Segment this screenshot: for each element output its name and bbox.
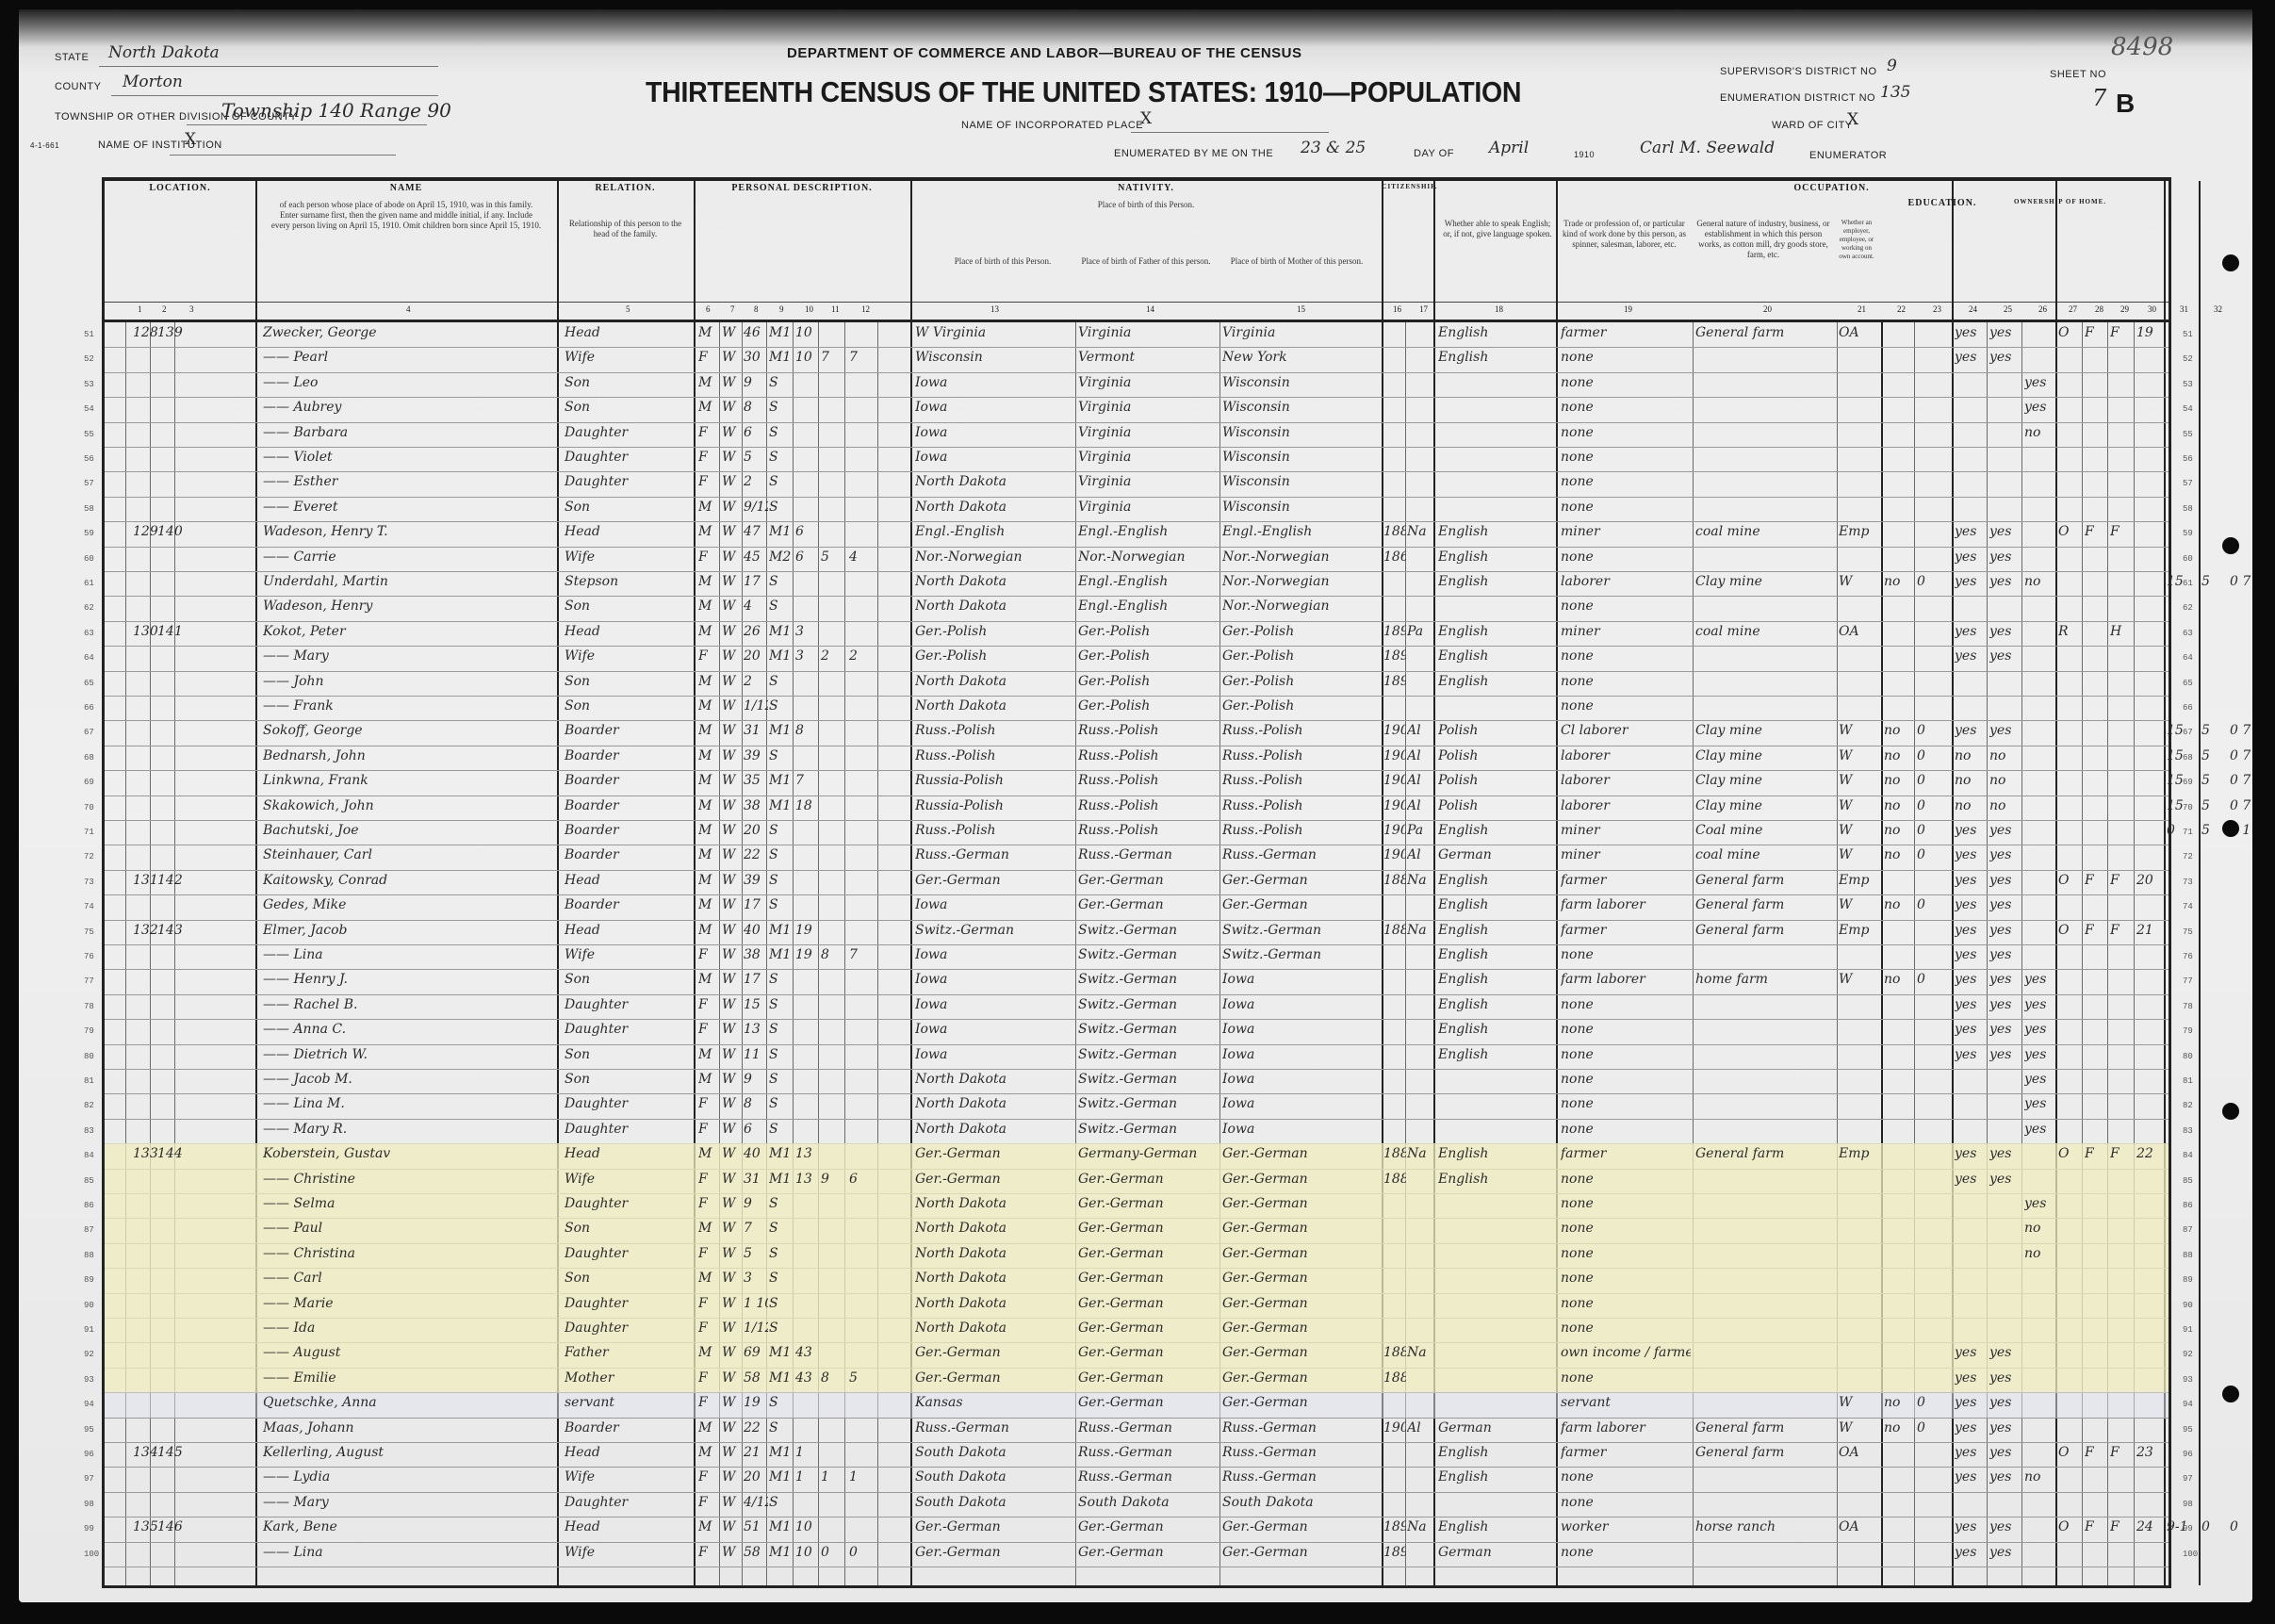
cell-bp: Iowa [915,1047,1073,1062]
cell-age: 8 [744,400,768,415]
cell-wr: no [1989,798,2020,813]
cell-bpm: Russ.-Polish [1222,748,1379,763]
line-number-right: 73 [2183,878,2193,887]
cell-relation: Boarder [565,1420,687,1435]
cell-relation: Wife [565,648,687,664]
cell-name: Linkwna, Frank [263,773,550,788]
cell-ow: no [1884,574,1912,589]
cell-name: —— Lina [263,947,550,962]
cell-emp: W [1839,773,1878,788]
department-heading: DEPARTMENT OF COMMERCE AND LABOR—BUREAU … [787,45,1302,61]
cell-trade: laborer [1561,748,1691,763]
cell-trade: none [1561,350,1691,365]
trade-header: Trade or profession of, or particular ki… [1561,219,1688,285]
cell-bp: South Dakota [915,1469,1073,1485]
cell-ow: no [1884,972,1912,987]
cell-relation: Son [565,1072,687,1087]
cell-own: O [2058,524,2081,539]
cell-emp: Emp [1839,524,1878,539]
cell-race: W [722,624,741,639]
cell-marital: M1 [769,723,794,738]
cell-trade: none [1561,425,1691,440]
cell-age: 11 [744,1047,768,1062]
cell-own: O [2058,1519,2081,1534]
cell-imm: 1902 [1383,748,1406,763]
line-number-left: 81 [84,1076,94,1086]
line-number-right: 61 [2183,579,2193,588]
cell-race: W [722,1395,741,1410]
column-number: 29 [2120,304,2129,314]
cell-bp: North Dakota [915,698,1073,714]
cell-bpf: Ger.-German [1078,1271,1218,1286]
cell-age: 38 [744,947,768,962]
cell-age: 4 [744,599,768,614]
cell-relation: Son [565,1271,687,1286]
cell-rd: no [1955,798,1985,813]
cell-c31: 5 [2201,798,2230,813]
cell-bpm: Wisconsin [1222,375,1379,390]
cell-age: 26 [744,624,768,639]
cell-family: 141 [157,624,184,639]
cell-sex: M [698,798,719,813]
cell-sex: F [698,1321,719,1336]
cell-bpm: Nor.-Norwegian [1222,599,1379,614]
cell-name: Zwecker, George [263,325,550,340]
table-row: Quetschke, AnnaservantFW19SKansasGer.-Ge… [105,1392,2169,1418]
cell-bpf: Switz.-German [1078,1022,1218,1037]
column-number: 31 [2180,304,2188,314]
cell-relation: Head [565,873,687,888]
group-personal: PERSONAL DESCRIPTION. [694,183,910,193]
cell-rd: yes [1955,873,1985,888]
cell-relation: Daughter [565,450,687,465]
line-number-left: 68 [84,753,94,763]
cell-mort: F [2085,325,2105,340]
cell-age: 1 10/12 [744,1296,768,1311]
cell-wk: 0 [1917,847,1949,862]
line-number-right: 57 [2183,479,2193,488]
cell-bpf: Switz.-German [1078,1122,1218,1137]
cell-imm: 1890 [1383,674,1406,689]
cell-farm: F [2110,923,2131,938]
cell-bp: North Dakota [915,474,1073,489]
cell-race: W [722,923,741,938]
cell-age: 40 [744,1146,768,1161]
cell-rd: yes [1955,1395,1985,1410]
cell-marital: M1 [769,1146,794,1161]
cell-marital: S [769,674,794,689]
cell-imm: 1896 [1383,1519,1406,1534]
cell-relation: Boarder [565,823,687,838]
line-number-right: 89 [2183,1275,2193,1285]
line-number-left: 54 [84,404,94,414]
line-number-right: 53 [2183,380,2193,389]
supervisor-label: Supervisor's District No [1720,66,1877,77]
cell-relation: Son [565,972,687,987]
cell-marital: S [769,450,794,465]
cell-relation: Daughter [565,1321,687,1336]
cell-rd: yes [1955,1519,1985,1534]
line-number-right: 66 [2183,703,2193,713]
cell-rd: yes [1955,550,1985,565]
supervisor-value: 9 [1887,57,1897,75]
cell-sex: F [698,1246,719,1261]
column-number: 22 [1897,304,1906,314]
line-number-left: 74 [84,902,94,911]
cell-race: W [722,1345,741,1360]
line-number-left: 67 [84,728,94,737]
cell-name: Wadeson, Henry T. [263,524,550,539]
table-row: Linkwna, FrankBoarderMW35M17Russia-Polis… [105,770,2169,796]
cell-bpf: Switz.-German [1078,1096,1218,1111]
line-number-left: 84 [84,1151,94,1160]
table-row: —— Mary R.DaughterFW6SNorth DakotaSwitz.… [105,1119,2169,1144]
cell-trade: farmer [1561,923,1691,938]
line-number-left: 65 [84,679,94,688]
cell-age: 58 [744,1545,768,1560]
cell-race: W [722,897,741,912]
cell-bpm: Wisconsin [1222,500,1379,515]
cell-industry: Coal mine [1695,823,1835,838]
cell-sched: 23 [2136,1445,2163,1460]
cell-marital: M1 [769,798,794,813]
cell-lang: English [1438,674,1553,689]
cell-imm: 1904 [1383,723,1406,738]
line-number-left: 86 [84,1201,94,1210]
cell-trade: none [1561,1172,1691,1187]
line-number-right: 64 [2183,653,2193,663]
cell-bpf: Nor.-Norwegian [1078,550,1218,565]
cell-bpm: Ger.-German [1222,1271,1379,1286]
cell-imm: 1880 [1383,524,1406,539]
column-number: 4 [406,304,411,314]
cell-rd: yes [1955,997,1985,1012]
cell-bp: North Dakota [915,1196,1073,1211]
cell-bpm: Ger.-German [1222,1172,1379,1187]
cell-ow: no [1884,748,1912,763]
cell-name: —— Mary R. [263,1122,550,1137]
line-number-right: 55 [2183,430,2193,439]
relation-column-description: Relationship of this person to the head … [562,219,689,275]
cell-trade: none [1561,1072,1691,1087]
line-number-right: 97 [2183,1474,2193,1484]
cell-relation: Daughter [565,425,687,440]
cell-name: —— Ida [263,1321,550,1336]
cell-marital: M1 [769,1445,794,1460]
line-number-right: 88 [2183,1251,2193,1260]
line-number-left: 89 [84,1275,94,1285]
cell-name: —— Lina M. [263,1096,550,1111]
cell-age: 39 [744,873,768,888]
cell-age: 21 [744,1445,768,1460]
cell-age: 2 [744,474,768,489]
cell-industry: General farm [1695,325,1835,340]
cell-relation: Daughter [565,474,687,489]
cell-family: 140 [157,524,184,539]
cell-marital: M1 [769,1370,794,1386]
cell-race: W [722,500,741,515]
cell-c31: 5 [2201,773,2230,788]
cell-relation: Head [565,1445,687,1460]
cell-bpm: Ger.-German [1222,1196,1379,1211]
cell-sch: yes [2024,1122,2054,1137]
birthplace-instructions: Place of birth of this Person. [925,200,1367,228]
cell-sex: M [698,873,719,888]
cell-sex: M [698,1420,719,1435]
cell-age: 1/12 [744,1321,768,1336]
cell-trade: miner [1561,524,1691,539]
cell-bp: North Dakota [915,674,1073,689]
cell-industry: horse ranch [1695,1519,1835,1534]
cell-relation: Wife [565,947,687,962]
cell-wr: yes [1989,873,2020,888]
cell-sch: yes [2024,1047,2054,1062]
line-number-right: 70 [2183,803,2193,812]
cell-marital: S [769,1096,794,1111]
cell-bpm: Iowa [1222,1022,1379,1037]
cell-lang: English [1438,1469,1553,1485]
cell-name: Underdahl, Martin [263,574,550,589]
cell-race: W [722,524,741,539]
cell-age: 20 [744,823,768,838]
cell-bp: Iowa [915,400,1073,415]
cell-bp: Iowa [915,972,1073,987]
cell-bp: North Dakota [915,1246,1073,1261]
line-number-left: 66 [84,703,94,713]
cell-cit: Na [1407,524,1432,539]
cell-bpm: Virginia [1222,325,1379,340]
cell-bp: Ger.-German [915,873,1073,888]
table-row: 135146Kark, BeneHeadMW51M110Ger.-GermanG… [105,1517,2169,1542]
sheet-letter: B [2116,89,2135,119]
cell-bpf: Vermont [1078,350,1218,365]
cell-bpm: Russ.-German [1222,1445,1379,1460]
cell-lang: English [1438,1172,1553,1187]
cell-dwelling: 132 [133,923,159,938]
cell-ym: 10 [795,325,818,340]
cell-trade: none [1561,1122,1691,1137]
cell-lang: Polish [1438,748,1553,763]
cell-sex: M [698,1445,719,1460]
cell-bp: South Dakota [915,1495,1073,1510]
cell-emp: W [1839,798,1878,813]
cell-sex: F [698,997,719,1012]
cell-farm: H [2110,624,2131,639]
cell-farm: F [2110,873,2131,888]
cell-bp: North Dakota [915,1271,1073,1286]
cell-wk: 0 [1917,972,1949,987]
cell-sched: 21 [2136,923,2163,938]
cell-name: —— Frank [263,698,550,714]
line-number-left: 52 [84,354,94,364]
line-number-left: 59 [84,529,94,538]
cell-bpm: Russ.-Polish [1222,798,1379,813]
cell-sex: F [698,450,719,465]
line-number-left: 60 [84,554,94,564]
cell-race: W [722,674,741,689]
cell-lang: English [1438,325,1553,340]
cell-lang: English [1438,823,1553,838]
cell-marital: M1 [769,1519,794,1534]
line-number-left: 78 [84,1002,94,1011]
cell-bp: Russ.-Polish [915,748,1073,763]
table-row: Bednarsh, JohnBoarderMW39SRuss.-PolishRu… [105,746,2169,771]
cell-bpf: Russ.-German [1078,1445,1218,1460]
line-number-right: 86 [2183,1201,2193,1210]
cell-sched: 22 [2136,1146,2163,1161]
cell-sex: F [698,1172,719,1187]
line-number-right: 83 [2183,1126,2193,1136]
cell-relation: Son [565,674,687,689]
cell-bpf: Switz.-German [1078,1072,1218,1087]
cell-wr: yes [1989,1172,2020,1187]
cell-ow: no [1884,1420,1912,1435]
line-number-right: 100 [2183,1550,2198,1559]
cell-bpm: Ger.-Polish [1222,624,1379,639]
cell-lang: English [1438,1519,1553,1534]
cell-sex: M [698,698,719,714]
cell-relation: Wife [565,550,687,565]
cell-bpm: Iowa [1222,997,1379,1012]
line-number-left: 82 [84,1101,94,1110]
cell-race: W [722,1296,741,1311]
cell-imm: 1907 [1383,847,1406,862]
cell-name: Kokot, Peter [263,624,550,639]
cell-imm: 1883 [1383,1172,1406,1187]
cell-name: Steinhauer, Carl [263,847,550,862]
cell-living: 1 [849,1469,876,1485]
cell-wk: 0 [1917,574,1949,589]
cell-marital: S [769,599,794,614]
cell-dwelling: 134 [133,1445,159,1460]
binder-hole [2222,1103,2239,1120]
line-number-right: 77 [2183,976,2193,986]
cell-relation: Son [565,599,687,614]
cell-age: 13 [744,1022,768,1037]
cell-sex: M [698,773,719,788]
cell-wr: yes [1989,1545,2020,1560]
cell-age: 46 [744,325,768,340]
cell-sex: M [698,500,719,515]
cell-family: 144 [157,1146,184,1161]
cell-sex: F [698,1469,719,1485]
cell-relation: servant [565,1395,687,1410]
cell-wr: yes [1989,1047,2020,1062]
cell-wr: yes [1989,997,2020,1012]
cell-sched: 19 [2136,325,2163,340]
cell-bpf: Russ.-Polish [1078,798,1218,813]
cell-trade: none [1561,674,1691,689]
column-number: 9 [779,304,784,314]
cell-bpf: Virginia [1078,400,1218,415]
cell-bp: Russ.-Polish [915,823,1073,838]
cell-cit: Al [1407,798,1432,813]
cell-family: 142 [157,873,184,888]
cell-wr: yes [1989,574,2020,589]
cell-bp: Nor.-Norwegian [915,550,1073,565]
cell-marital: S [769,474,794,489]
cell-wr: yes [1989,972,2020,987]
cell-industry: General farm [1695,1420,1835,1435]
cell-bp: Engl.-English [915,524,1073,539]
cell-wr: yes [1989,1420,2020,1435]
cell-industry: General farm [1695,1146,1835,1161]
cell-age: 58 [744,1370,768,1386]
cell-relation: Son [565,375,687,390]
cell-wr: yes [1989,1395,2020,1410]
cell-name: Gedes, Mike [263,897,550,912]
table-row: —— Jacob M.SonMW9SNorth DakotaSwitz.-Ger… [105,1069,2169,1094]
cell-trade: miner [1561,624,1691,639]
cell-imm: 1888 [1383,873,1406,888]
cell-relation: Head [565,624,687,639]
cell-own: O [2058,1445,2081,1460]
cell-emp: W [1839,723,1878,738]
cell-race: W [722,1469,741,1485]
cell-bp: Iowa [915,947,1073,962]
line-number-left: 91 [84,1325,94,1335]
cell-bpf: Germany-German [1078,1146,1218,1161]
scan-border-bottom [0,1602,2275,1624]
cell-marital: S [769,1221,794,1236]
cell-age: 31 [744,723,768,738]
cell-wr: yes [1989,550,2020,565]
cell-marital: S [769,1495,794,1510]
table-row: —— IdaDaughterFW1/12SNorth DakotaGer.-Ge… [105,1318,2169,1343]
cell-bp: South Dakota [915,1445,1073,1460]
cell-age: 35 [744,773,768,788]
cell-race: W [722,723,741,738]
cell-bp: Russ.-German [915,1420,1073,1435]
line-number-left: 55 [84,430,94,439]
line-number-right: 98 [2183,1500,2193,1509]
cell-emp: W [1839,847,1878,862]
cell-lang: English [1438,524,1553,539]
cell-trade: none [1561,375,1691,390]
cell-sex: M [698,524,719,539]
column-number: 20 [1763,304,1772,314]
cell-relation: Head [565,923,687,938]
cell-bpm: Ger.-German [1222,1370,1379,1386]
cell-marital: S [769,400,794,415]
state-value: North Dakota [108,43,220,62]
table-row: —— Rachel B.DaughterFW15SIowaSwitz.-Germ… [105,994,2169,1020]
cell-race: W [722,550,741,565]
cell-rd: yes [1955,1445,1985,1460]
cell-cit: Al [1407,723,1432,738]
cell-dwelling: 129 [133,524,159,539]
cell-farm: F [2110,1519,2131,1534]
column-number: 18 [1495,304,1503,314]
state-label: State [55,52,89,63]
cell-marital: S [769,698,794,714]
column-number: 12 [861,304,870,314]
cell-trade: own income / farmer [1561,1345,1691,1360]
cell-ym: 18 [795,798,818,813]
cell-relation: Daughter [565,1495,687,1510]
cell-ym: 1 [795,1445,818,1460]
cell-relation: Son [565,698,687,714]
cell-age: 17 [744,574,768,589]
column-number: 11 [831,304,840,314]
cell-sch: no [2024,425,2054,440]
cell-bp: North Dakota [915,574,1073,589]
line-number-right: 91 [2183,1325,2193,1335]
cell-race: W [722,425,741,440]
cell-lang: English [1438,923,1553,938]
cell-sex: M [698,325,719,340]
table-row: —— MaryDaughterFW4/12SSouth DakotaSouth … [105,1492,2169,1517]
